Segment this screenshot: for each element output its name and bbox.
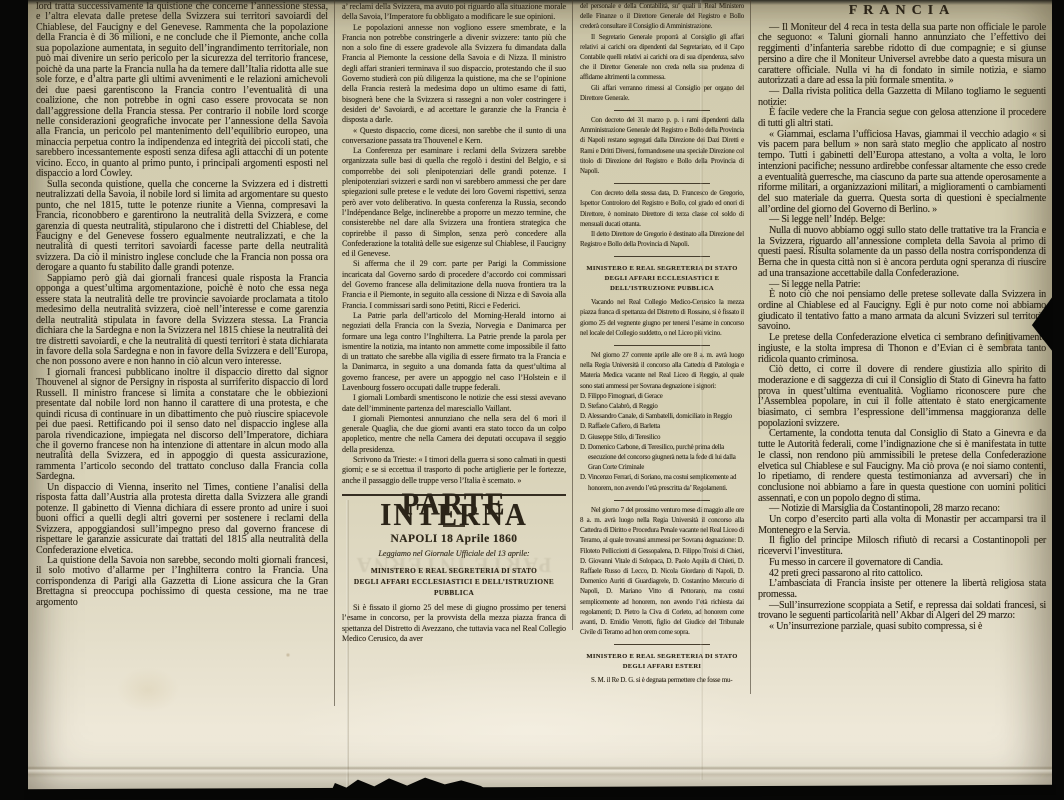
article-paragraph: La Conferenza per esaminare i reclami de… bbox=[342, 146, 566, 259]
article-paragraph: « Giammai, esclama l’ufficiosa Havas, gi… bbox=[758, 130, 1046, 216]
article-paragraph: I giornali francesi pubblicano inoltre i… bbox=[36, 368, 328, 483]
column-divider-rule bbox=[334, 0, 335, 706]
article-paragraph: Il Segretario Generale proporrà al Consi… bbox=[580, 33, 744, 84]
article-paragraph: Nel giorno 7 del prossimo venturo mese d… bbox=[580, 506, 744, 639]
article-paragraph: Fu messo in carcere il governatore di Ca… bbox=[758, 558, 1046, 569]
article-paragraph: Le popolazioni annesse non vogliono esse… bbox=[342, 23, 566, 126]
article-paragraph: S. M. il Re D. G. si è degnata permetter… bbox=[580, 676, 744, 686]
article-paragraph-continued: a’ reclami della Svizzera, ma avuto poi … bbox=[342, 2, 566, 23]
list-entry: D. Filippo Fimognari, di Gerace bbox=[580, 392, 744, 402]
article-paragraph: Si afferma che il 29 corr. parte per Par… bbox=[342, 259, 566, 310]
article-paragraph: —Sull’insurrezione scoppiata a Setif, e … bbox=[758, 601, 1046, 622]
list-entry: D. Domenico Carbone, di Teresilico, purc… bbox=[580, 443, 744, 474]
column-divider-rule bbox=[750, 0, 751, 694]
article-paragraph: « Un’insurrezione parziale, quasi subito… bbox=[758, 622, 1046, 633]
article-paragraph: Gli affari verranno rimessi al Consiglio… bbox=[580, 84, 744, 104]
article-paragraph: Sulla seconda quistione, quella che conc… bbox=[36, 180, 328, 274]
article-paragraph: Il detto Direttore de Gregorio è destina… bbox=[580, 230, 744, 250]
column-2: a’ reclami della Svizzera, ma avuto poi … bbox=[342, 2, 566, 644]
article-paragraph: — Dalla rivista politica della Gazzetta … bbox=[758, 87, 1046, 108]
article-paragraph: Vacando nel Real Collegio Medico-Cerusic… bbox=[580, 298, 744, 339]
section-heading: MINISTERO E REAL SEGRETERIA DI STATO DEG… bbox=[342, 566, 566, 599]
column-3: del personale e della Contabilità, su’ q… bbox=[580, 2, 744, 686]
article-paragraph: « Questo dispaccio, come dicesi, non sar… bbox=[342, 126, 566, 147]
section-divider-rule bbox=[614, 183, 709, 184]
article-paragraph: Con decreto del 31 marzo p. p. i rami di… bbox=[580, 116, 744, 177]
article-paragraph: I giornali Lombardi smentiscono le notiz… bbox=[342, 393, 566, 414]
section-divider-rule bbox=[614, 110, 709, 111]
francia-section-title: FRANCIA bbox=[758, 6, 1046, 17]
article-paragraph: Il figlio del principe Milosch rifiutò d… bbox=[758, 536, 1046, 557]
section-heading: MINISTERO E REAL SEGRETERIA DI STATO DEG… bbox=[580, 264, 744, 294]
article-paragraph: — Il Moniteur del 4 reca in testa della … bbox=[758, 23, 1046, 87]
column-4: FRANCIA— Il Moniteur del 4 reca in testa… bbox=[758, 4, 1046, 633]
article-paragraph: Un dispaccio di Vienna, inserito nel Tim… bbox=[36, 483, 328, 556]
article-paragraph: Ciò detto, ci corre il dovere di rendere… bbox=[758, 365, 1046, 429]
article-paragraph: Nel giorno 27 corrente aprile alle ore 8… bbox=[580, 351, 744, 392]
column-divider-rule bbox=[572, 0, 573, 630]
list-entry: D. Stefano Calabrò, di Reggio bbox=[580, 402, 744, 412]
article-paragraph: Nulla di nuovo abbiamo oggi sullo stato … bbox=[758, 226, 1046, 280]
article-paragraph: Si è fissato il giorno 25 del mese di gi… bbox=[342, 603, 566, 644]
newspaper-page: lord tratta successivamente la quistione… bbox=[28, 0, 1052, 792]
article-paragraph: L’ambasciata di Francia insiste per otte… bbox=[758, 579, 1046, 600]
article-paragraph-continued: lord tratta successivamente la quistione… bbox=[36, 2, 328, 180]
section-heading: MINISTERO E REAL SEGRETERIA DI STATO DEG… bbox=[580, 652, 744, 672]
section-divider-rule bbox=[614, 345, 709, 346]
parte-interna-title: PARTE INTERNA bbox=[342, 500, 566, 522]
article-paragraph: È noto ciò che noi pensiamo delle pretes… bbox=[758, 290, 1046, 333]
list-entry: D. Alessandro Canale, di Sambatelli, dom… bbox=[580, 412, 744, 422]
article-paragraph: La quistione della Savoia non sarebbe, s… bbox=[36, 556, 328, 608]
article-paragraph-continued: del personale e della Contabilità, su’ q… bbox=[580, 2, 744, 33]
article-paragraph: Un corpo d’esercito partì alla volta di … bbox=[758, 515, 1046, 536]
article-paragraph: La Patrie parla dell’articolo del Mornin… bbox=[342, 311, 566, 393]
source-line: Leggiamo nel Giornale Ufficiale del 13 a… bbox=[342, 549, 566, 559]
article-paragraph: I giornali Piemontesi annunziano che nel… bbox=[342, 414, 566, 455]
article-paragraph: Le pretese della Confederazione elvetica… bbox=[758, 333, 1046, 365]
article-paragraph: Certamente, la condotta tenuta dal Consi… bbox=[758, 429, 1046, 504]
section-divider-rule bbox=[614, 644, 709, 645]
list-entry: D. Raffaele Cafiero, di Barletta bbox=[580, 422, 744, 432]
column-1: lord tratta successivamente la quistione… bbox=[36, 2, 328, 608]
section-divider-rule bbox=[614, 256, 709, 257]
horizontal-fold-crease bbox=[28, 766, 1052, 778]
article-paragraph: È facile vedere che la Francia segue con… bbox=[758, 108, 1046, 129]
article-paragraph: Sappiamo però già dai giornali francesi … bbox=[36, 274, 328, 368]
paper-bottom-edge bbox=[24, 785, 1056, 800]
section-divider-rule bbox=[614, 500, 709, 501]
article-paragraph: Scrivono da Trieste: « I timori della gu… bbox=[342, 455, 566, 486]
list-entry: D. Giuseppe Stilo, di Teresilico bbox=[580, 433, 744, 443]
list-entry: D. Vincenzo Ferrari, di Soriano, ma cost… bbox=[580, 473, 744, 493]
article-paragraph: Con decreto della stessa data, D. France… bbox=[580, 189, 744, 230]
dateline: NAPOLI 18 Aprile 1860 bbox=[342, 534, 566, 544]
scan-background: lord tratta successivamente la quistione… bbox=[0, 0, 1064, 800]
